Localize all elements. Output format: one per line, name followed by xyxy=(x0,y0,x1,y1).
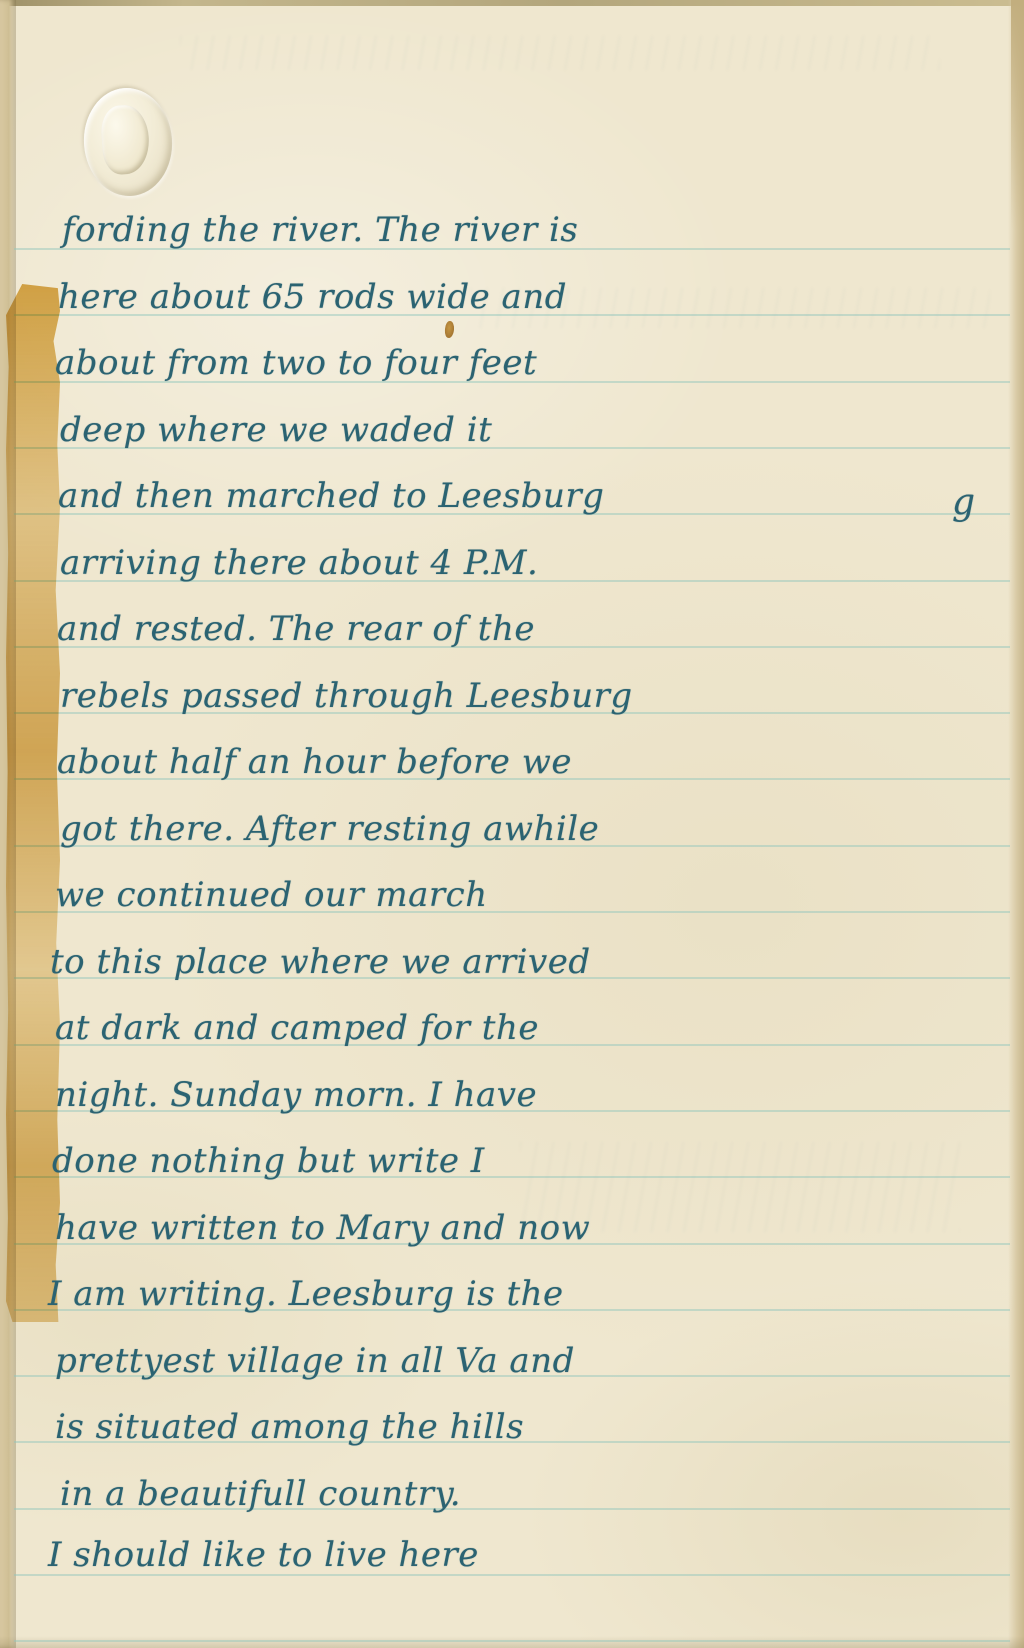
handwriting-line: arriving there about 4 P.M. xyxy=(60,537,860,589)
handwriting-line: rebels passed through Leesburg xyxy=(60,670,940,722)
handwriting-line: about half an hour before we xyxy=(57,736,937,788)
handwriting-line: and then marched to Leesburg xyxy=(58,470,953,522)
overflow-letter-g: g xyxy=(952,482,975,523)
handwriting-line: in a beautifull country. xyxy=(60,1468,815,1520)
handwriting: fording the river. The river is here abo… xyxy=(0,0,1024,1648)
letter-page: fording the river. The river is here abo… xyxy=(0,0,1024,1648)
handwriting-line: I am writing. Leesburg is the xyxy=(48,1268,908,1320)
handwriting-line: got there. After resting awhile xyxy=(60,803,940,855)
handwriting-line: night. Sunday morn. I have xyxy=(55,1069,900,1121)
handwriting-line: about from two to four feet xyxy=(55,337,905,389)
handwriting-line: done nothing but write I xyxy=(52,1135,802,1187)
handwriting-line: fording the river. The river is xyxy=(62,204,907,256)
handwriting-line: deep where we waded it xyxy=(60,404,705,456)
handwriting-line: to this place where we arrived xyxy=(50,936,950,988)
handwriting-line: I should like to live here xyxy=(48,1529,938,1581)
handwriting-line: here about 65 rods wide and xyxy=(58,271,883,323)
handwriting-line: at dark and camped for the xyxy=(55,1002,930,1054)
handwriting-line: is situated among the hills xyxy=(55,1401,890,1453)
handwriting-line: have written to Mary and now xyxy=(55,1202,940,1254)
handwriting-line: and rested. The rear of the xyxy=(57,603,922,655)
handwriting-line: we continued our march xyxy=(55,869,890,921)
handwriting-line: prettyest village in all Va and xyxy=(55,1335,930,1387)
